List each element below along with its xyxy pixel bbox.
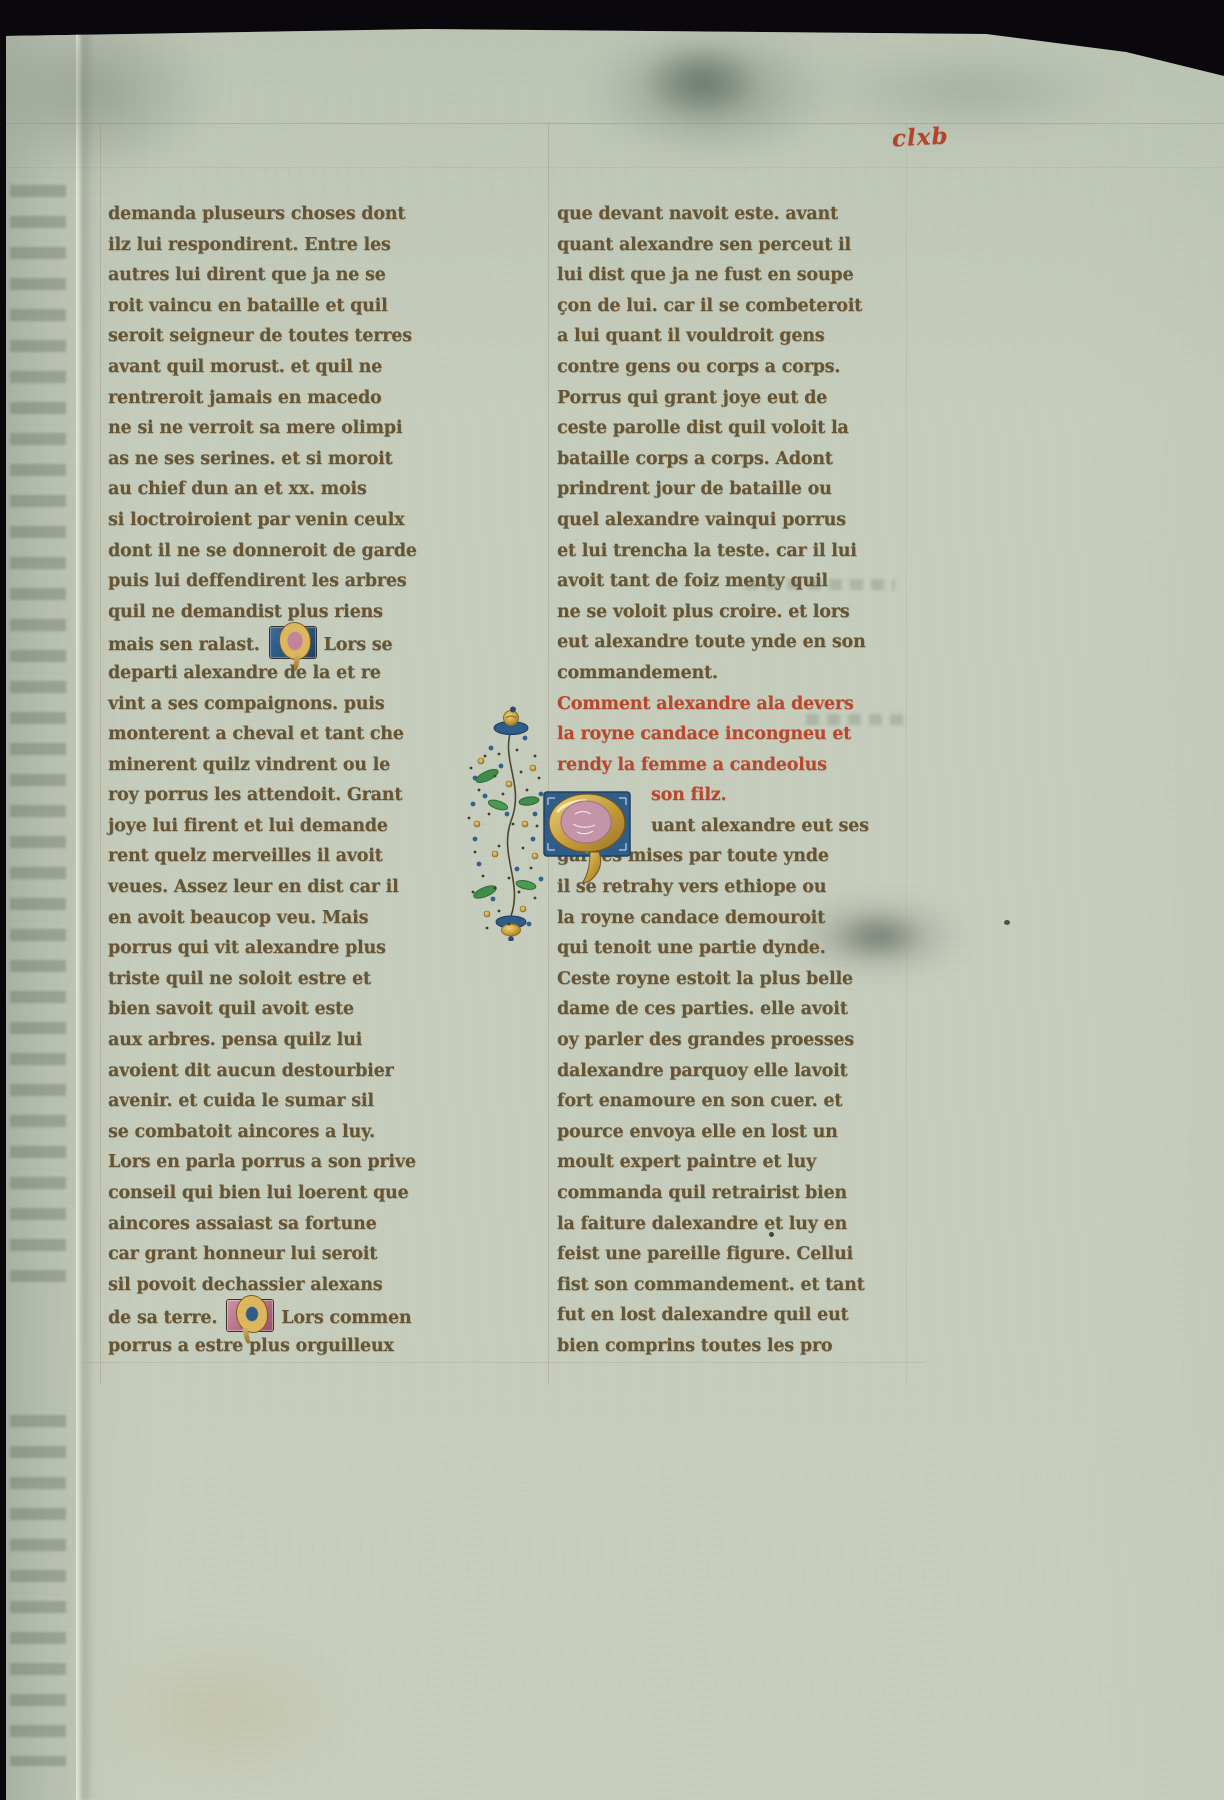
text-line: la faiture dalexandre et luy en bbox=[557, 1209, 913, 1240]
text-line: rent quelz merveilles il avoit bbox=[108, 841, 420, 872]
quire-numeral: clxb bbox=[891, 123, 949, 153]
text-line: çon de lui. car il se combeteroit bbox=[557, 291, 913, 322]
drop-cap-Q-icon bbox=[541, 786, 636, 891]
text-line: joye lui firent et lui demande bbox=[108, 811, 420, 842]
text-line: ceste parolle dist quil voloit la bbox=[557, 413, 913, 444]
text-line: en avoit beaucop veu. Mais bbox=[108, 903, 420, 934]
text-column-right: que devant navoit este. avantquant alexa… bbox=[557, 199, 913, 1362]
stain bbox=[86, 1636, 356, 1786]
text-line: departi alexandre de la et re bbox=[108, 658, 420, 689]
text-line: commandement. bbox=[557, 658, 913, 689]
stain bbox=[641, 44, 761, 119]
text-line: se combatoit aincores a luy. bbox=[108, 1117, 420, 1148]
previous-folio-edge bbox=[6, 26, 78, 1800]
text-line: ne si ne verroit sa mere olimpi bbox=[108, 413, 420, 444]
ruling-line bbox=[6, 123, 1224, 124]
photographed-manuscript: clxb 150 demanda pluseurs choses dontilz… bbox=[0, 0, 1224, 1800]
text-segment: Lors se bbox=[324, 635, 393, 655]
text-line: commanda quil retrairist bien bbox=[557, 1178, 913, 1209]
text-line: feist une pareille figure. Cellui bbox=[557, 1239, 913, 1270]
rubric-line: la royne candace incongneu et bbox=[557, 719, 913, 750]
text-line: oy parler des grandes proesses bbox=[557, 1025, 913, 1056]
text-line: et lui trencha la teste. car il lui bbox=[557, 536, 913, 567]
text-line: Ceste royne estoit la plus belle bbox=[557, 964, 913, 995]
text-line: porrus a estre plus orguilleux bbox=[108, 1331, 420, 1362]
folio-number: 150 bbox=[1146, 35, 1181, 54]
illuminated-initial bbox=[541, 786, 636, 891]
text-line: demanda pluseurs choses dont bbox=[108, 199, 420, 230]
text-line: prindrent jour de bataille ou bbox=[557, 474, 913, 505]
text-line: car grant honneur lui seroit bbox=[108, 1239, 420, 1270]
text-line: de sa terre.Lors commen bbox=[108, 1300, 420, 1331]
text-line: moult expert paintre et luy bbox=[557, 1147, 913, 1178]
text-line: triste quil ne soloit estre et bbox=[108, 964, 420, 995]
text-line: quant alexandre sen perceut il bbox=[557, 230, 913, 261]
text-line: porrus qui vit alexandre plus bbox=[108, 933, 420, 964]
parchment-page: clxb 150 demanda pluseurs choses dontilz… bbox=[6, 26, 1224, 1800]
text-line: a lui quant il vouldroit gens bbox=[557, 321, 913, 352]
rubric-line: Comment alexandre ala devers bbox=[557, 689, 913, 720]
text-line: seroit seigneur de toutes terres bbox=[108, 321, 420, 352]
text-line: pource envoya elle en lost un bbox=[557, 1117, 913, 1148]
text-line: Porrus qui grant joye eut de bbox=[557, 383, 913, 414]
text-line: bien comprins toutes les pro bbox=[557, 1331, 913, 1362]
text-line: bataille corps a corps. Adont bbox=[557, 444, 913, 475]
text-line: roit vaincu en bataille et quil bbox=[108, 291, 420, 322]
text-line: la royne candace demouroit bbox=[557, 903, 913, 934]
text-line: lui dist que ja ne fust en soupe bbox=[557, 260, 913, 291]
text-column-left: demanda pluseurs choses dontilz lui resp… bbox=[108, 199, 420, 1362]
show-through-mark bbox=[10, 176, 66, 1296]
text-line: aincores assaiast sa fortune bbox=[108, 1209, 420, 1240]
text-line: eut alexandre toute ynde en son bbox=[557, 627, 913, 658]
text-line: fist son commandement. et tant bbox=[557, 1270, 913, 1301]
text-line: contre gens ou corps a corps. bbox=[557, 352, 913, 383]
text-line: mais sen ralast.Lors se bbox=[108, 627, 420, 658]
rubric-line: rendy la femme a candeolus bbox=[557, 750, 913, 781]
text-segment: mais sen ralast. bbox=[108, 635, 260, 655]
text-line: ilz lui respondirent. Entre les bbox=[108, 230, 420, 261]
text-line: roy porrus les attendoit. Grant bbox=[108, 780, 420, 811]
text-line: avoit tant de foiz menty quil bbox=[557, 566, 913, 597]
text-line: Lors en parla porrus a son prive bbox=[108, 1147, 420, 1178]
text-line: fut en lost dalexandre quil eut bbox=[557, 1300, 913, 1331]
text-line: aux arbres. pensa quilz lui bbox=[108, 1025, 420, 1056]
text-line: vint a ses compaignons. puis bbox=[108, 689, 420, 720]
text-line: avant quil morust. et quil ne bbox=[108, 352, 420, 383]
text-line: avenir. et cuida le sumar sil bbox=[108, 1086, 420, 1117]
text-line: bien savoit quil avoit este bbox=[108, 994, 420, 1025]
text-line: si loctroiroient par venin ceulx bbox=[108, 505, 420, 536]
text-segment: Lors commen bbox=[281, 1308, 411, 1328]
text-line: dont il ne se donneroit de garde bbox=[108, 536, 420, 567]
ruling-line bbox=[100, 123, 101, 1385]
ruling-line bbox=[6, 167, 1224, 168]
text-line: veues. Assez leur en dist car il bbox=[108, 872, 420, 903]
text-line: au chief dun an et xx. mois bbox=[108, 474, 420, 505]
text-line: autres lui dirent que ja ne se bbox=[108, 260, 420, 291]
ink-speck bbox=[1004, 920, 1010, 925]
text-line: que devant navoit este. avant bbox=[557, 199, 913, 230]
text-line: fort enamoure en son cuer. et bbox=[557, 1086, 913, 1117]
text-line: rentreroit jamais en macedo bbox=[108, 383, 420, 414]
text-line: quil ne demandist plus riens bbox=[108, 597, 420, 628]
text-line: ne se voloit plus croire. et lors bbox=[557, 597, 913, 628]
text-line: monterent a cheval et tant che bbox=[108, 719, 420, 750]
text-line: minerent quilz vindrent ou le bbox=[108, 750, 420, 781]
champ-initial bbox=[270, 627, 316, 658]
text-line: dalexandre parquoy elle lavoit bbox=[557, 1056, 913, 1087]
page-edge-shadow bbox=[82, 26, 94, 1800]
show-through-mark bbox=[10, 1406, 66, 1766]
text-segment: de sa terre. bbox=[108, 1308, 217, 1328]
stain bbox=[816, 51, 1126, 131]
text-line: sil povoit dechassier alexans bbox=[108, 1270, 420, 1301]
text-line: as ne ses serines. et si moroit bbox=[108, 444, 420, 475]
stain bbox=[586, 26, 836, 156]
text-line: dame de ces parties. elle avoit bbox=[557, 994, 913, 1025]
text-line: puis lui deffendirent les arbres bbox=[108, 566, 420, 597]
text-line: avoient dit aucun destourbier bbox=[108, 1056, 420, 1087]
text-line: conseil qui bien lui loerent que bbox=[108, 1178, 420, 1209]
ruling-line bbox=[86, 1362, 926, 1363]
text-line: qui tenoit une partie dynde. bbox=[557, 933, 913, 964]
text-line: quel alexandre vainqui porrus bbox=[557, 505, 913, 536]
champ-initial bbox=[227, 1300, 273, 1331]
